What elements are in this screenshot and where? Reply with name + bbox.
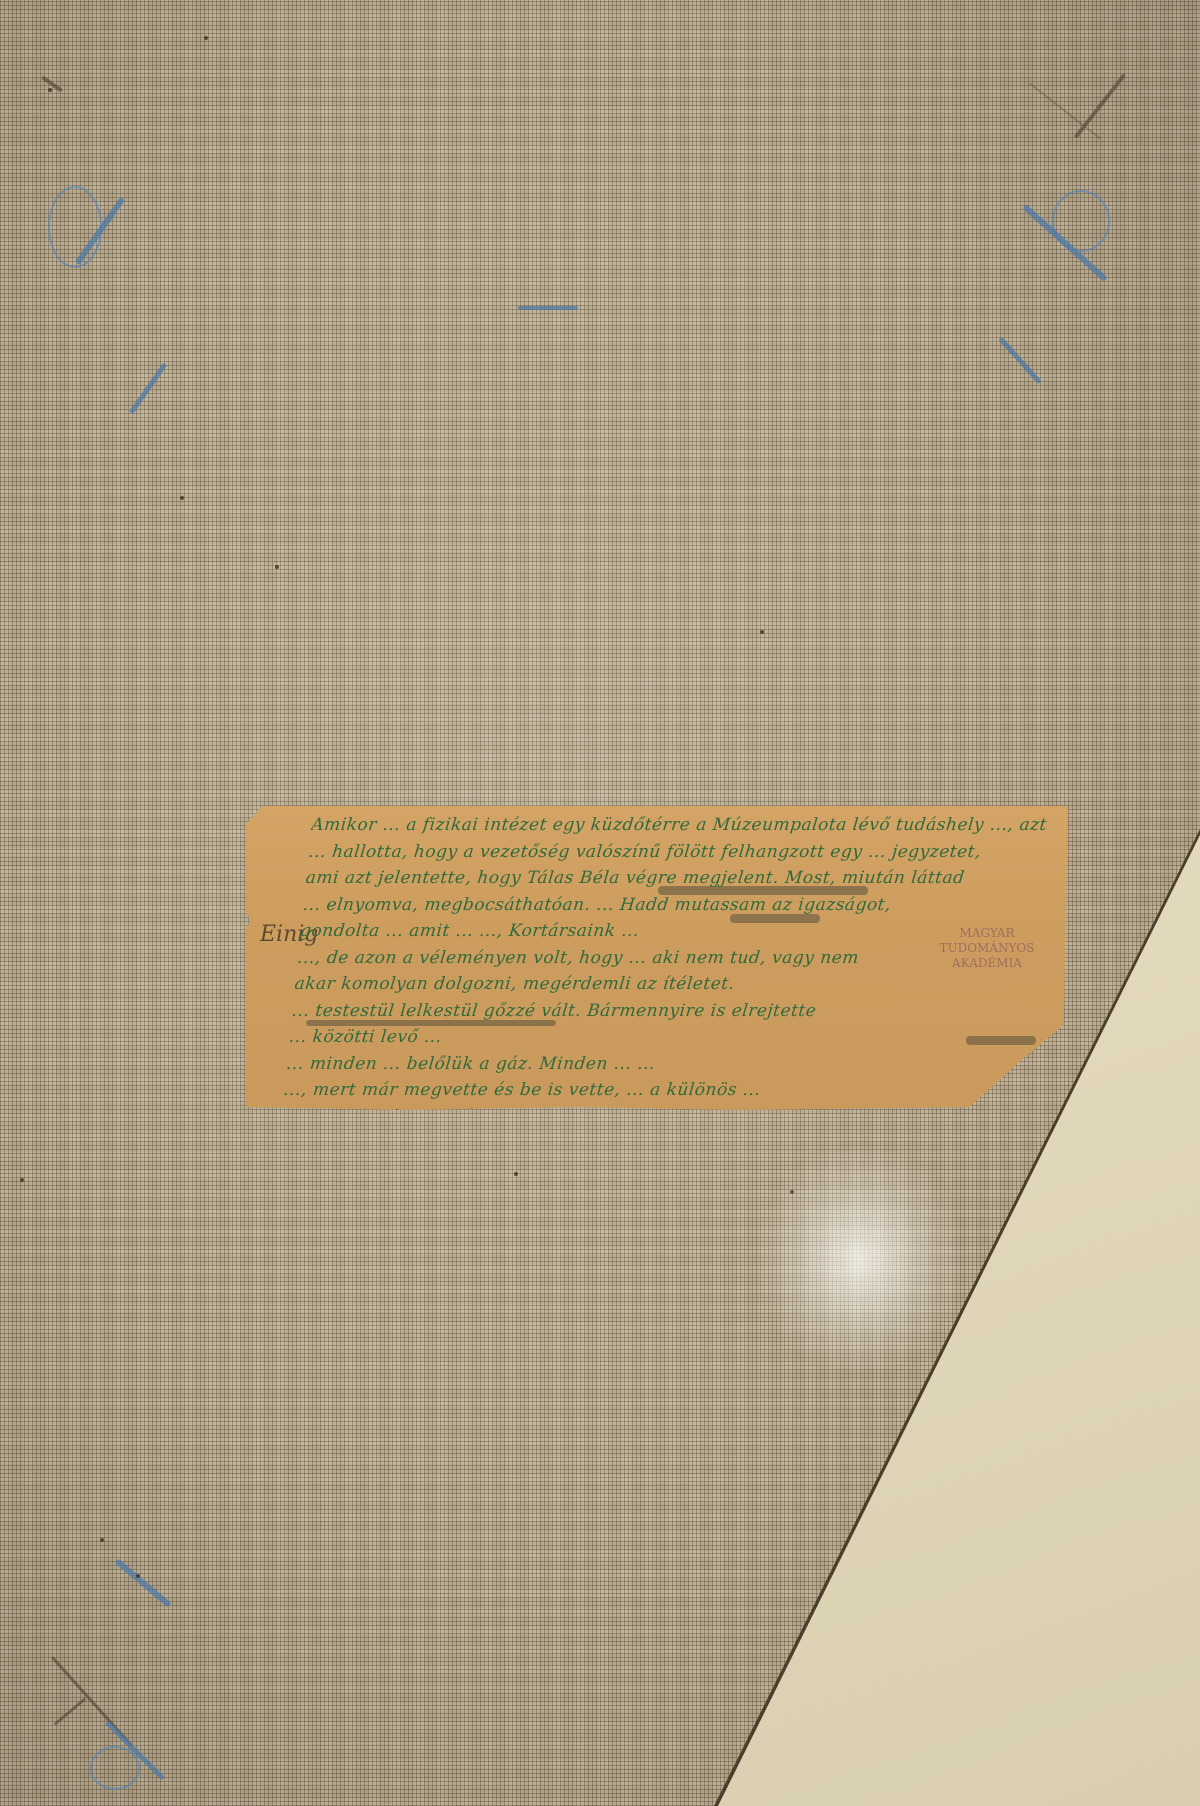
pencil-loop-bottom-left — [90, 1746, 140, 1790]
text-line: ..., mert már megvette és be is vette, .… — [282, 1077, 1037, 1104]
pencil-loop-top-left — [48, 186, 102, 268]
text-line: ... elnyomva, megbocsáthatóan. ... Hadd … — [302, 892, 1057, 919]
speck — [136, 1574, 140, 1578]
speck — [760, 630, 764, 634]
speck — [514, 1172, 518, 1176]
text-line: gondolta ... amit ... ..., Kortársaink .… — [299, 918, 1054, 945]
text-line: ..., de azon a véleményen volt, hogy ...… — [296, 945, 1051, 972]
manuscript-fragment: Einig MAGYAR TUDOMÁNYOS AKADÉMIA Amikor … — [246, 806, 1068, 1110]
speck — [204, 36, 208, 40]
text-line: Amikor ... a fizikai intézet egy küzdőté… — [310, 812, 1065, 839]
text-line: ... testestül lelkestül gőzzé vált. Bárm… — [290, 998, 1045, 1025]
pencil-dash-top-center — [518, 306, 578, 310]
text-line: akar komolyan dolgozni, megérdemli az ít… — [293, 971, 1048, 998]
light-glare — [760, 1150, 960, 1370]
text-line: ... minden ... belőlük a gáz. Minden ...… — [285, 1051, 1040, 1078]
handwritten-text: Amikor ... a fizikai intézet egy küzdőté… — [279, 812, 1064, 1130]
speck — [275, 565, 279, 569]
text-line: ami azt jelentette, hogy Tálas Béla végr… — [304, 865, 1059, 892]
text-line: ... hallotta, hogy a vezetőség valószínű… — [307, 839, 1062, 866]
speck — [20, 1178, 24, 1182]
speck — [180, 496, 184, 500]
speck — [100, 1538, 104, 1542]
speck — [48, 88, 52, 92]
text-line: ... közötti levő ... — [288, 1024, 1043, 1051]
